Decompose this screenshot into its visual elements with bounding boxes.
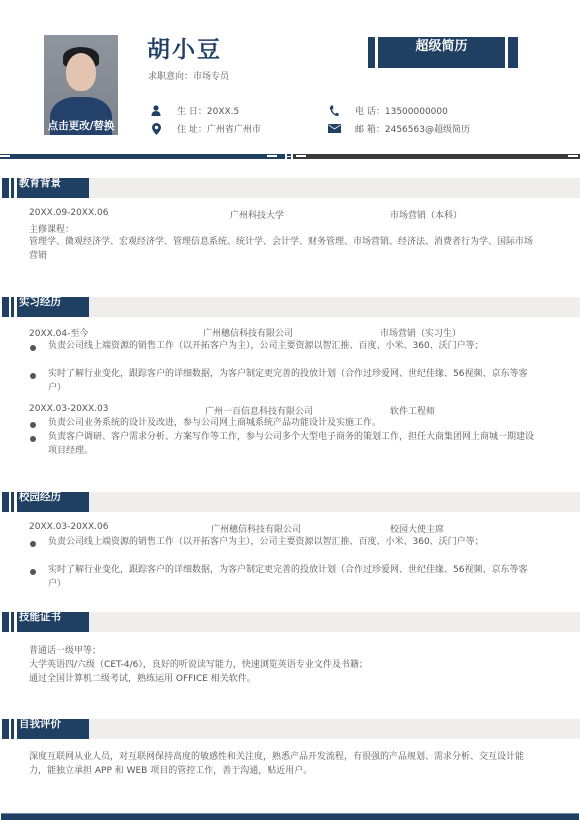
job-bullet: 负责客户调研、客户需求分析、方案写作等工作，参与公司多个大型电子商务的策划工作，… xyxy=(48,430,538,458)
section-title: 自我评价 xyxy=(17,719,89,739)
brand-banner: 超级简历 xyxy=(368,37,518,68)
section-title: 技能证书 xyxy=(17,612,89,632)
profile-photo[interactable]: 点击更改/替换 xyxy=(44,35,118,135)
section-title: 实习经历 xyxy=(17,297,89,317)
envelope-icon xyxy=(327,124,341,133)
person-icon xyxy=(149,105,163,116)
email-text: 邮 箱：2456563@超级简历 xyxy=(355,122,470,135)
birthday-row: 生 日：20XX.5 xyxy=(149,104,239,117)
job-bullet: 负责公司业务系统的设计及改进，参与公司网上商城系统产品功能设计及实施工作。 xyxy=(48,416,538,430)
education-major: 市场营销（本科） xyxy=(390,208,462,221)
footer-bar xyxy=(1,813,579,820)
section-header-internship: 实习经历 xyxy=(0,297,580,317)
education-school: 广州科技大学 xyxy=(230,208,284,221)
email-row: 邮 箱：2456563@超级简历 xyxy=(327,122,470,135)
bullet-dot xyxy=(30,436,36,442)
campus-date: 20XX.03-20XX.06 xyxy=(29,522,108,532)
courses-list: 管理学、微观经济学、宏观经济学、管理信息系统、统计学、会计学、财务管理、市场营销… xyxy=(29,235,534,263)
photo-face xyxy=(66,53,96,91)
campus-company: 广州穗信科技有限公司 xyxy=(211,522,301,535)
brand-title: 超级简历 xyxy=(378,37,505,68)
location-pin-icon xyxy=(149,123,163,135)
bullet-dot xyxy=(30,373,36,379)
section-header-education: 教育背景 xyxy=(0,178,580,198)
header-divider-left xyxy=(0,154,285,159)
campus-bullet: 实时了解行业变化，跟踪客户的详细数据，为客户制定更完善的投放计划（合作过珍爱网、… xyxy=(48,563,538,591)
campus-bullet: 负责公司线上端资源的销售工作（以开拓客户为主），公司主要资源以智汇推、百度、小米… xyxy=(48,535,538,549)
bullet-dot xyxy=(30,541,36,547)
address-text: 住 址：广州省广州市 xyxy=(177,122,261,135)
birthday-text: 生 日：20XX.5 xyxy=(177,104,239,117)
divider-gap-mark xyxy=(287,157,291,159)
education-date: 20XX.09-20XX.06 xyxy=(29,208,108,218)
address-row: 住 址：广州省广州市 xyxy=(149,122,261,135)
divider-gap-mark xyxy=(287,154,291,156)
skill-line: 通过全国计算机二级考试，熟练运用 OFFICE 相关软件。 xyxy=(29,671,256,684)
phone-row: 电 话：13500000000 xyxy=(327,104,448,117)
bullet-dot xyxy=(30,569,36,575)
job-bullet: 负责公司线上端资源的销售工作（以开拓客户为主），公司主要资源以智汇推、百度、小米… xyxy=(48,339,538,353)
bullet-dot xyxy=(30,345,36,351)
section-title: 校园经历 xyxy=(17,492,89,512)
section-header-self: 自我评价 xyxy=(0,719,580,739)
section-title: 教育背景 xyxy=(17,178,89,198)
candidate-name: 胡小豆 xyxy=(147,31,222,64)
phone-icon xyxy=(327,105,341,117)
job-date: 20XX.03-20XX.03 xyxy=(29,404,108,414)
campus-role: 校园大使主席 xyxy=(390,522,444,535)
job-intent: 求职意向：市场专员 xyxy=(148,69,229,82)
brand-left-bar xyxy=(368,37,375,68)
brand-right-bar xyxy=(508,37,518,68)
section-header-campus: 校园经历 xyxy=(0,492,580,512)
skill-line: 大学英语四/六级（CET-4/6），良好的听说读写能力，快速浏览英语专业文件及书… xyxy=(29,657,368,670)
bullet-dot xyxy=(30,422,36,428)
header-divider-right xyxy=(293,154,580,159)
self-evaluation-text: 深度互联网从业人员，对互联网保持高度的敏感性和关注度，熟悉产品开发流程，有很强的… xyxy=(29,750,539,778)
change-photo-label[interactable]: 点击更改/替换 xyxy=(44,118,118,133)
section-header-skills: 技能证书 xyxy=(0,612,580,632)
skill-line: 普通话一级甲等； xyxy=(29,643,101,656)
phone-text: 电 话：13500000000 xyxy=(355,104,448,117)
job-role: 市场营销（实习生） xyxy=(380,326,461,339)
job-date: 20XX.04-至今 xyxy=(29,326,88,339)
job-bullet: 实时了解行业变化，跟踪客户的详细数据，为客户制定更完善的投放计划（合作过珍爱网、… xyxy=(48,367,538,395)
courses-label: 主修课程： xyxy=(29,222,74,235)
job-company: 广州穗信科技有限公司 xyxy=(203,326,293,339)
